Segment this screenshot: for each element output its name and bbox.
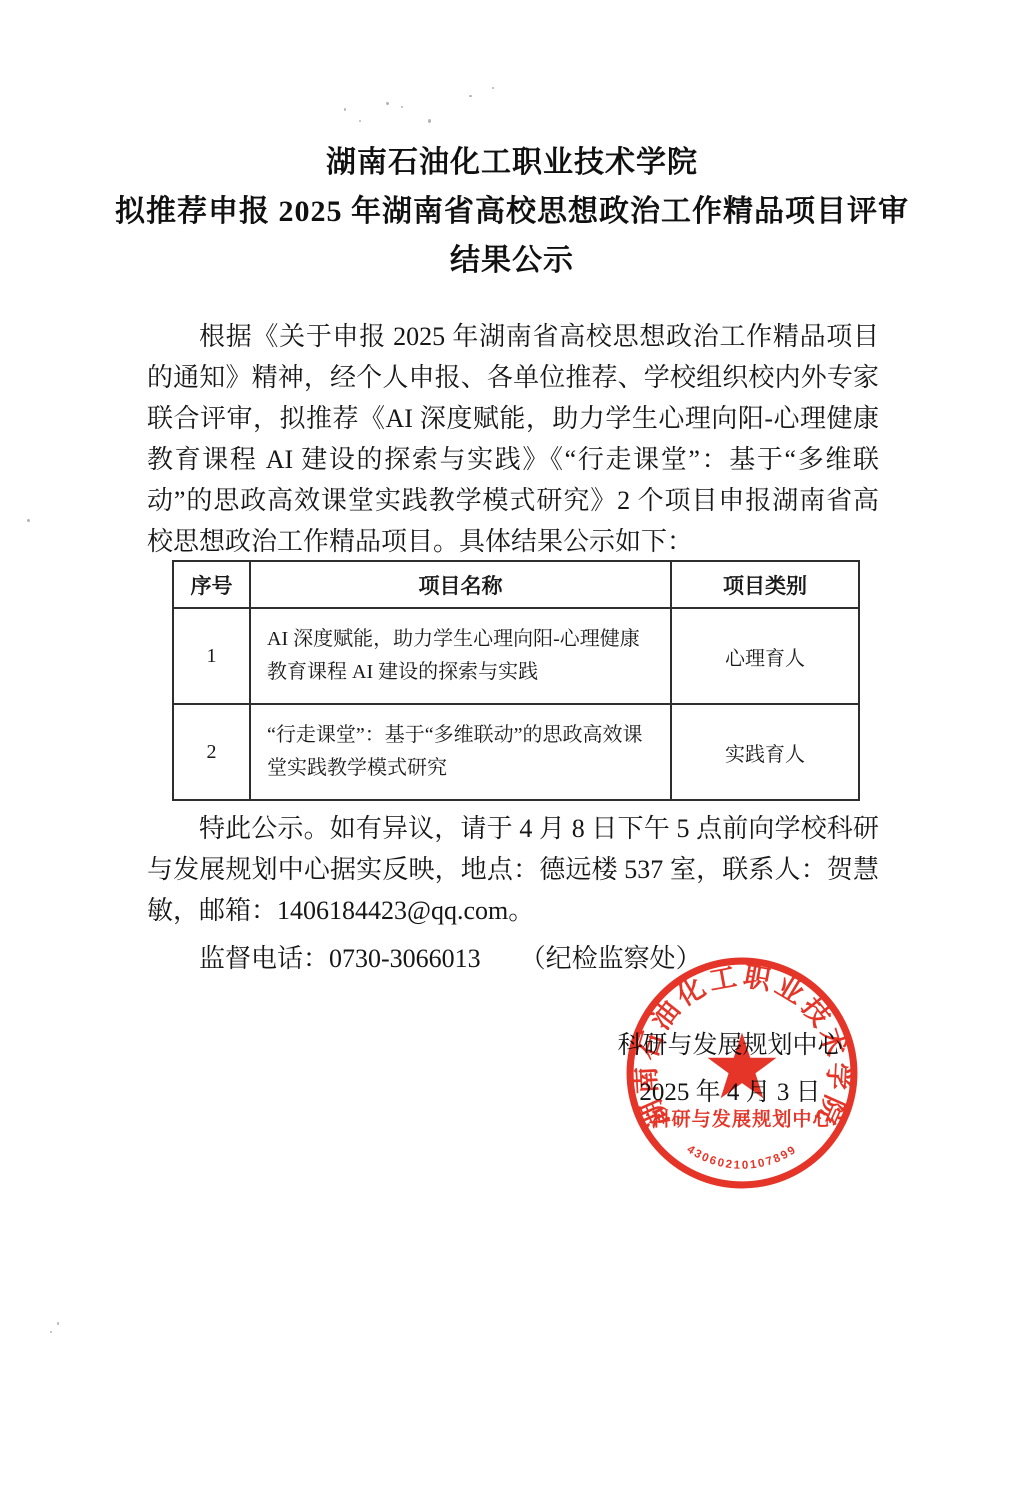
scan-noise-dot: [401, 106, 403, 108]
cell-no: 1: [173, 608, 250, 704]
col-header-project-name: 项目名称: [250, 561, 671, 608]
table-row: 2 “行走课堂”：基于“多维联动”的思政高效课堂实践教学模式研究 实践育人: [173, 704, 859, 800]
results-table: 序号 项目名称 项目类别 1 AI 深度赋能，助力学生心理向阳-心理健康教育课程…: [172, 560, 860, 801]
document-page: 湖南石油化工职业技术学院 拟推荐申报 2025 年湖南省高校思想政治工作精品项目…: [0, 0, 1024, 1504]
cell-category: 实践育人: [671, 704, 859, 800]
table-row: 1 AI 深度赋能，助力学生心理向阳-心理健康教育课程 AI 建设的探索与实践 …: [173, 608, 859, 704]
title-line-result: 结果公示: [0, 236, 1024, 285]
title-line-college: 湖南石油化工职业技术学院: [0, 138, 1024, 187]
cell-project-name: “行走课堂”：基于“多维联动”的思政高效课堂实践教学模式研究: [250, 704, 671, 800]
scan-noise-dot: [50, 1331, 52, 1333]
document-title: 湖南石油化工职业技术学院 拟推荐申报 2025 年湖南省高校思想政治工作精品项目…: [0, 138, 1024, 285]
seal-serial-number: 43060210107899: [685, 1144, 800, 1172]
table-header-row: 序号 项目名称 项目类别: [173, 561, 859, 608]
col-header-no: 序号: [173, 561, 250, 608]
closing-paragraph: 特此公示。如有异议，请于 4 月 8 日下午 5 点前向学校科研与发展规划中心据…: [147, 808, 879, 931]
scan-noise-dot: [428, 119, 431, 123]
cell-no: 2: [173, 704, 250, 800]
scan-noise-dot: [27, 519, 30, 522]
official-seal: 湖南石油化工职业技术学院 科研与发展规划中心 43060210107899: [621, 952, 863, 1194]
scan-noise-dot: [469, 95, 472, 97]
col-header-category: 项目类别: [671, 561, 859, 608]
intro-paragraph: 根据《关于申报 2025 年湖南省高校思想政治工作精品项目的通知》精神，经个人申…: [147, 316, 879, 562]
scan-noise-dot: [57, 1322, 59, 1325]
cell-category: 心理育人: [671, 608, 859, 704]
scan-noise-dot: [344, 108, 346, 111]
cell-project-name: AI 深度赋能，助力学生心理向阳-心理健康教育课程 AI 建设的探索与实践: [250, 608, 671, 704]
seal-center-text: 科研与发展规划中心: [651, 1107, 832, 1130]
title-line-subject: 拟推荐申报 2025 年湖南省高校思想政治工作精品项目评审: [0, 187, 1024, 236]
scan-noise-dot: [359, 120, 361, 122]
scan-noise-dot: [386, 102, 389, 105]
seal-star-icon: [708, 1033, 777, 1099]
scan-noise-dot: [492, 87, 494, 89]
official-seal-graphic: 湖南石油化工职业技术学院 科研与发展规划中心 43060210107899: [621, 952, 863, 1194]
